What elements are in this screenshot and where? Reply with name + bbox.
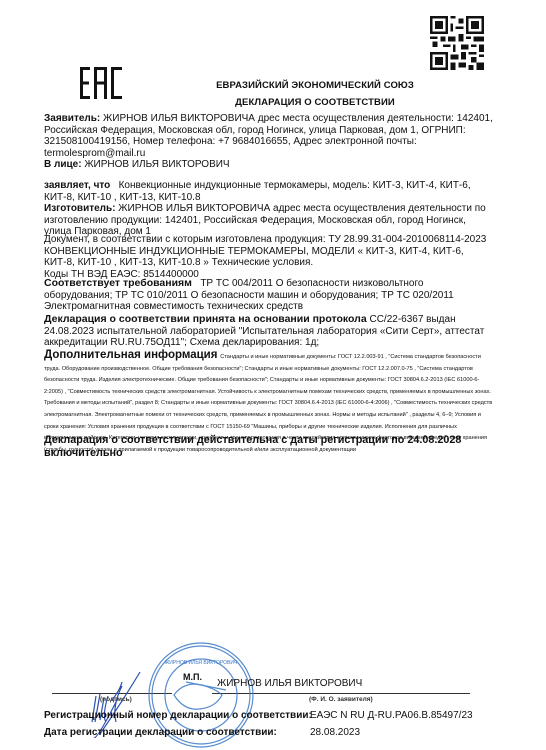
signature-caption: (подпись): [100, 696, 132, 703]
name-caption: (Ф. И. О. заявителя): [309, 696, 373, 703]
stamp-inner-text: ЖИРНОВ ИЛЬЯ ВИКТОРОВИЧ: [165, 660, 238, 666]
registration-number-label: Регистрационный номер декларации о соотв…: [44, 710, 312, 721]
registration-date-label: Дата регистрации декларации о соответств…: [44, 727, 277, 738]
registration-date: 28.08.2023: [310, 727, 360, 738]
signature-area: ЖИРНОВ ИЛЬЯ ВИКТОРОВИЧ (подпись) М.П. ЖИ…: [0, 0, 546, 750]
applicant-full-name: ЖИРНОВ ИЛЬЯ ВИКТОРОВИЧ: [217, 678, 362, 689]
registration-number: ЕАЭС N RU Д-RU.РА06.В.85497/23: [310, 710, 473, 721]
declaration-page: ЕВРАЗИЙСКИЙ ЭКОНОМИЧЕСКИЙ СОЮЗ ДЕКЛАРАЦИ…: [0, 0, 546, 750]
stamp-mark: М.П.: [183, 672, 202, 682]
